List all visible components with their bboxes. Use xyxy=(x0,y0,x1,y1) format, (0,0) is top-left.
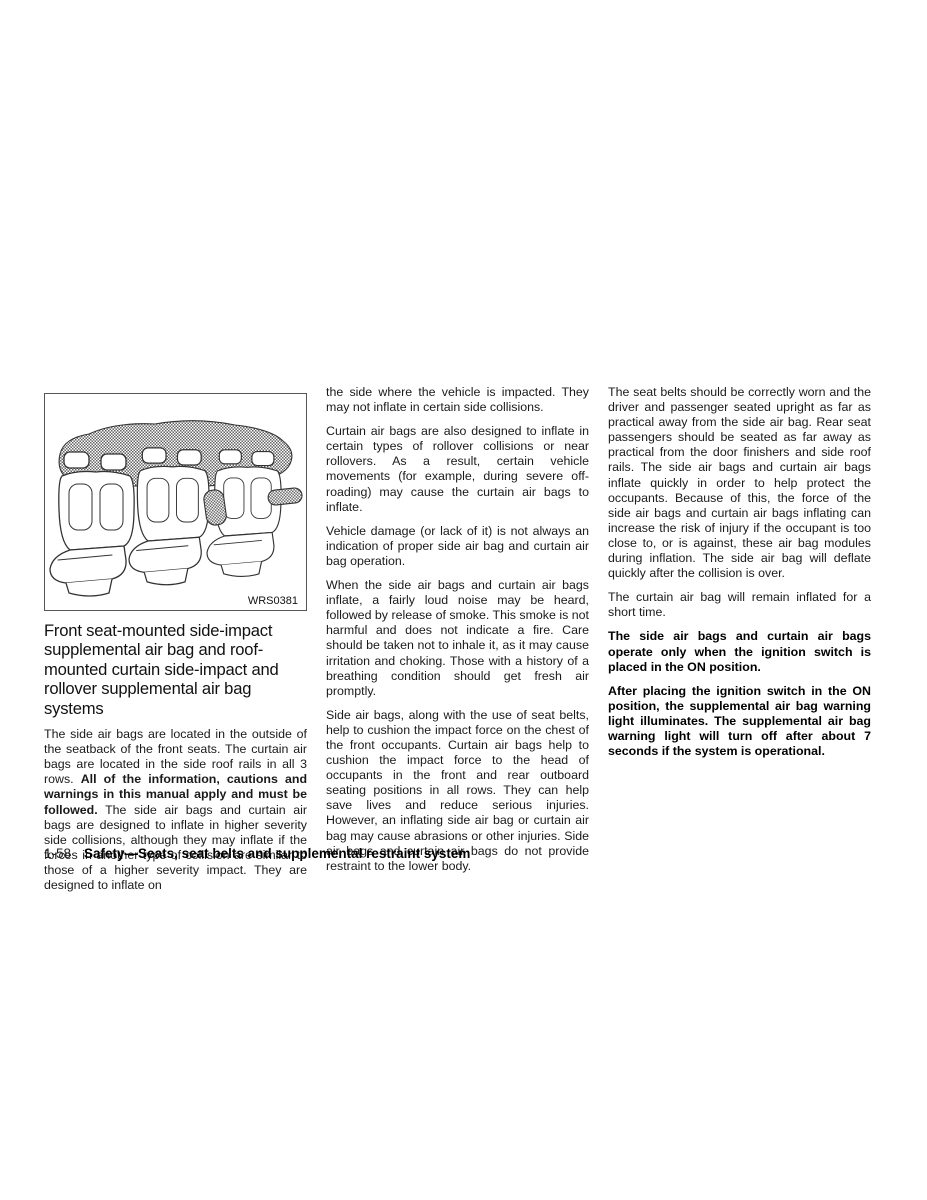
column-middle: the side where the vehicle is impacted. … xyxy=(326,385,589,883)
column-right: The seat belts should be correctly worn … xyxy=(608,385,871,768)
page-number: 1-58 xyxy=(44,846,71,861)
manual-page: WRS0381 Front seat-mounted side-impact s… xyxy=(0,0,927,1200)
page-columns: WRS0381 Front seat-mounted side-impact s… xyxy=(44,385,873,902)
figure-code-label: WRS0381 xyxy=(248,595,298,607)
page-footer: 1-58Safety—Seats, seat belts and supplem… xyxy=(44,846,470,862)
curtain-airbag-illustration: WRS0381 xyxy=(45,394,306,610)
roof-rail-airbag-shape xyxy=(267,487,302,505)
body-paragraph: Curtain air bags are also designed to in… xyxy=(326,424,589,515)
bold-note-paragraph: The side air bags and curtain air bags o… xyxy=(608,629,871,674)
section-heading: Front seat-mounted side-impact supplemen… xyxy=(44,621,307,718)
body-paragraph: Vehicle damage (or lack of it) is not al… xyxy=(326,524,589,569)
bold-note-paragraph: After placing the ignition switch in the… xyxy=(608,684,871,759)
body-paragraph: When the side air bags and curtain air b… xyxy=(326,578,589,699)
footer-section-title: Safety—Seats, seat belts and supplementa… xyxy=(84,846,470,861)
airbag-figure: WRS0381 xyxy=(44,393,307,611)
body-paragraph: the side where the vehicle is impacted. … xyxy=(326,385,589,415)
body-paragraph: The seat belts should be correctly worn … xyxy=(608,385,871,581)
column-left: WRS0381 Front seat-mounted side-impact s… xyxy=(44,385,307,902)
body-paragraph: The curtain air bag will remain inflated… xyxy=(608,590,871,620)
intro-paragraph: The side air bags are located in the out… xyxy=(44,727,307,893)
